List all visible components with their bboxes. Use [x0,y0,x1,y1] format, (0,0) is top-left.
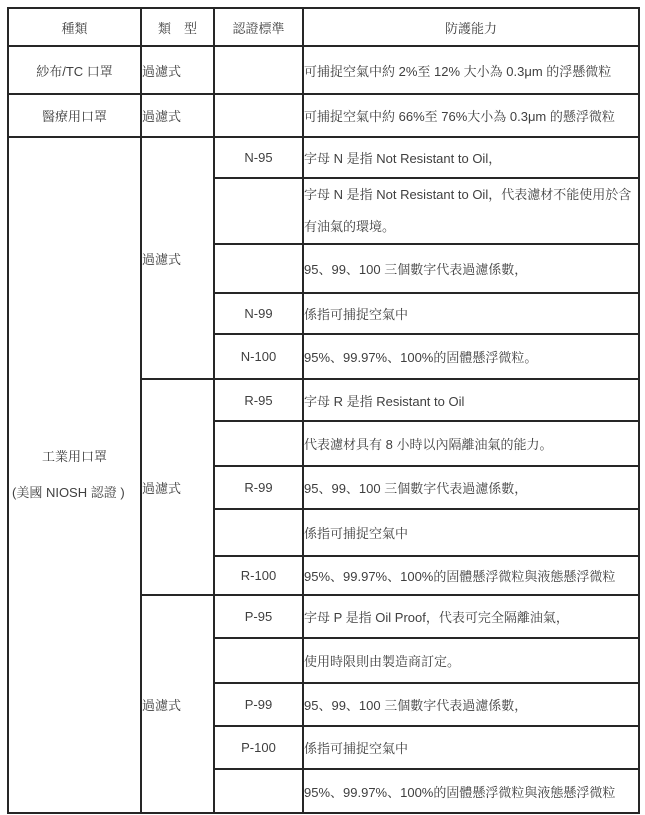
cell-standard [214,638,303,683]
header-type: 種類 [8,8,141,46]
cell-standard [214,769,303,813]
cell-protection: 字母 P 是指 Oil Proof，代表可完全隔離油氣， [303,595,639,638]
cell-standard: N-95 [214,137,303,178]
cell-standard [214,244,303,293]
cell-type-industrial: 工業用口罩 (美國 NIOSH 認證 ) [8,137,141,813]
industrial-type-line1: 工業用口罩 [9,439,140,475]
cell-category-p-group: 過濾式 [141,595,214,813]
header-row: 種類 類 型 認證標準 防護能力 [8,8,639,46]
table-row-medical-mask: 醫療用口罩 過濾式 可捕捉空氣中約 66%至 76%大小為 0.3μm 的懸浮微… [8,94,639,137]
cell-standard: P-100 [214,726,303,769]
cell-protection: 係指可捕捉空氣中 [303,293,639,334]
cell-protection: 字母 N 是指 Not Resistant to Oil， [303,137,639,178]
cell-standard [214,421,303,466]
table-row-n95: 工業用口罩 (美國 NIOSH 認證 ) 過濾式 N-95 字母 N 是指 No… [8,137,639,178]
cell-protection: 95、99、100 三個數字代表過濾係數， [303,683,639,726]
cell-protection: 可捕捉空氣中約 66%至 76%大小為 0.3μm 的懸浮微粒 [303,94,639,137]
cell-protection: 代表濾材具有 8 小時以內隔離油氣的能力。 [303,421,639,466]
page: 種類 類 型 認證標準 防護能力 紗布/TC 口罩 過濾式 可捕捉空氣中約 2%… [0,0,645,814]
cell-protection: 係指可捕捉空氣中 [303,726,639,769]
cell-standard: P-99 [214,683,303,726]
cell-protection: 95%、99.97%、100%的固體懸浮微粒與液態懸浮微粒 [303,769,639,813]
cell-protection: 字母 N 是指 Not Resistant to Oil，代表濾材不能使用於含有… [303,178,639,244]
header-standard: 認證標準 [214,8,303,46]
cell-protection: 95、99、100 三個數字代表過濾係數， [303,244,639,293]
cell-standard [214,46,303,94]
cell-protection: 95%、99.97%、100%的固體懸浮微粒與液態懸浮微粒 [303,556,639,595]
cell-standard [214,94,303,137]
cell-protection: 95%、99.97%、100%的固體懸浮微粒。 [303,334,639,379]
industrial-type-line2: (美國 NIOSH 認證 ) [9,475,140,511]
cell-protection: 95、99、100 三個數字代表過濾係數， [303,466,639,509]
mask-types-table: 種類 類 型 認證標準 防護能力 紗布/TC 口罩 過濾式 可捕捉空氣中約 2%… [7,7,640,814]
cell-protection: 字母 R 是指 Resistant to Oil [303,379,639,421]
header-category: 類 型 [141,8,214,46]
cell-standard: R-100 [214,556,303,595]
cell-category-r-group: 過濾式 [141,379,214,595]
cell-type: 紗布/TC 口罩 [8,46,141,94]
cell-type: 醫療用口罩 [8,94,141,137]
cell-category: 過濾式 [141,94,214,137]
cell-category-n-group: 過濾式 [141,137,214,379]
cell-standard: R-95 [214,379,303,421]
cell-protection: 可捕捉空氣中約 2%至 12% 大小為 0.3μm 的浮懸微粒 [303,46,639,94]
cell-standard [214,509,303,556]
header-protection: 防護能力 [303,8,639,46]
cell-standard: N-100 [214,334,303,379]
cell-standard: N-99 [214,293,303,334]
cell-category: 過濾式 [141,46,214,94]
cell-standard [214,178,303,244]
cell-standard: P-95 [214,595,303,638]
cell-protection: 使用時限則由製造商訂定。 [303,638,639,683]
table-row-gauze-mask: 紗布/TC 口罩 過濾式 可捕捉空氣中約 2%至 12% 大小為 0.3μm 的… [8,46,639,94]
cell-protection: 係指可捕捉空氣中 [303,509,639,556]
cell-standard: R-99 [214,466,303,509]
